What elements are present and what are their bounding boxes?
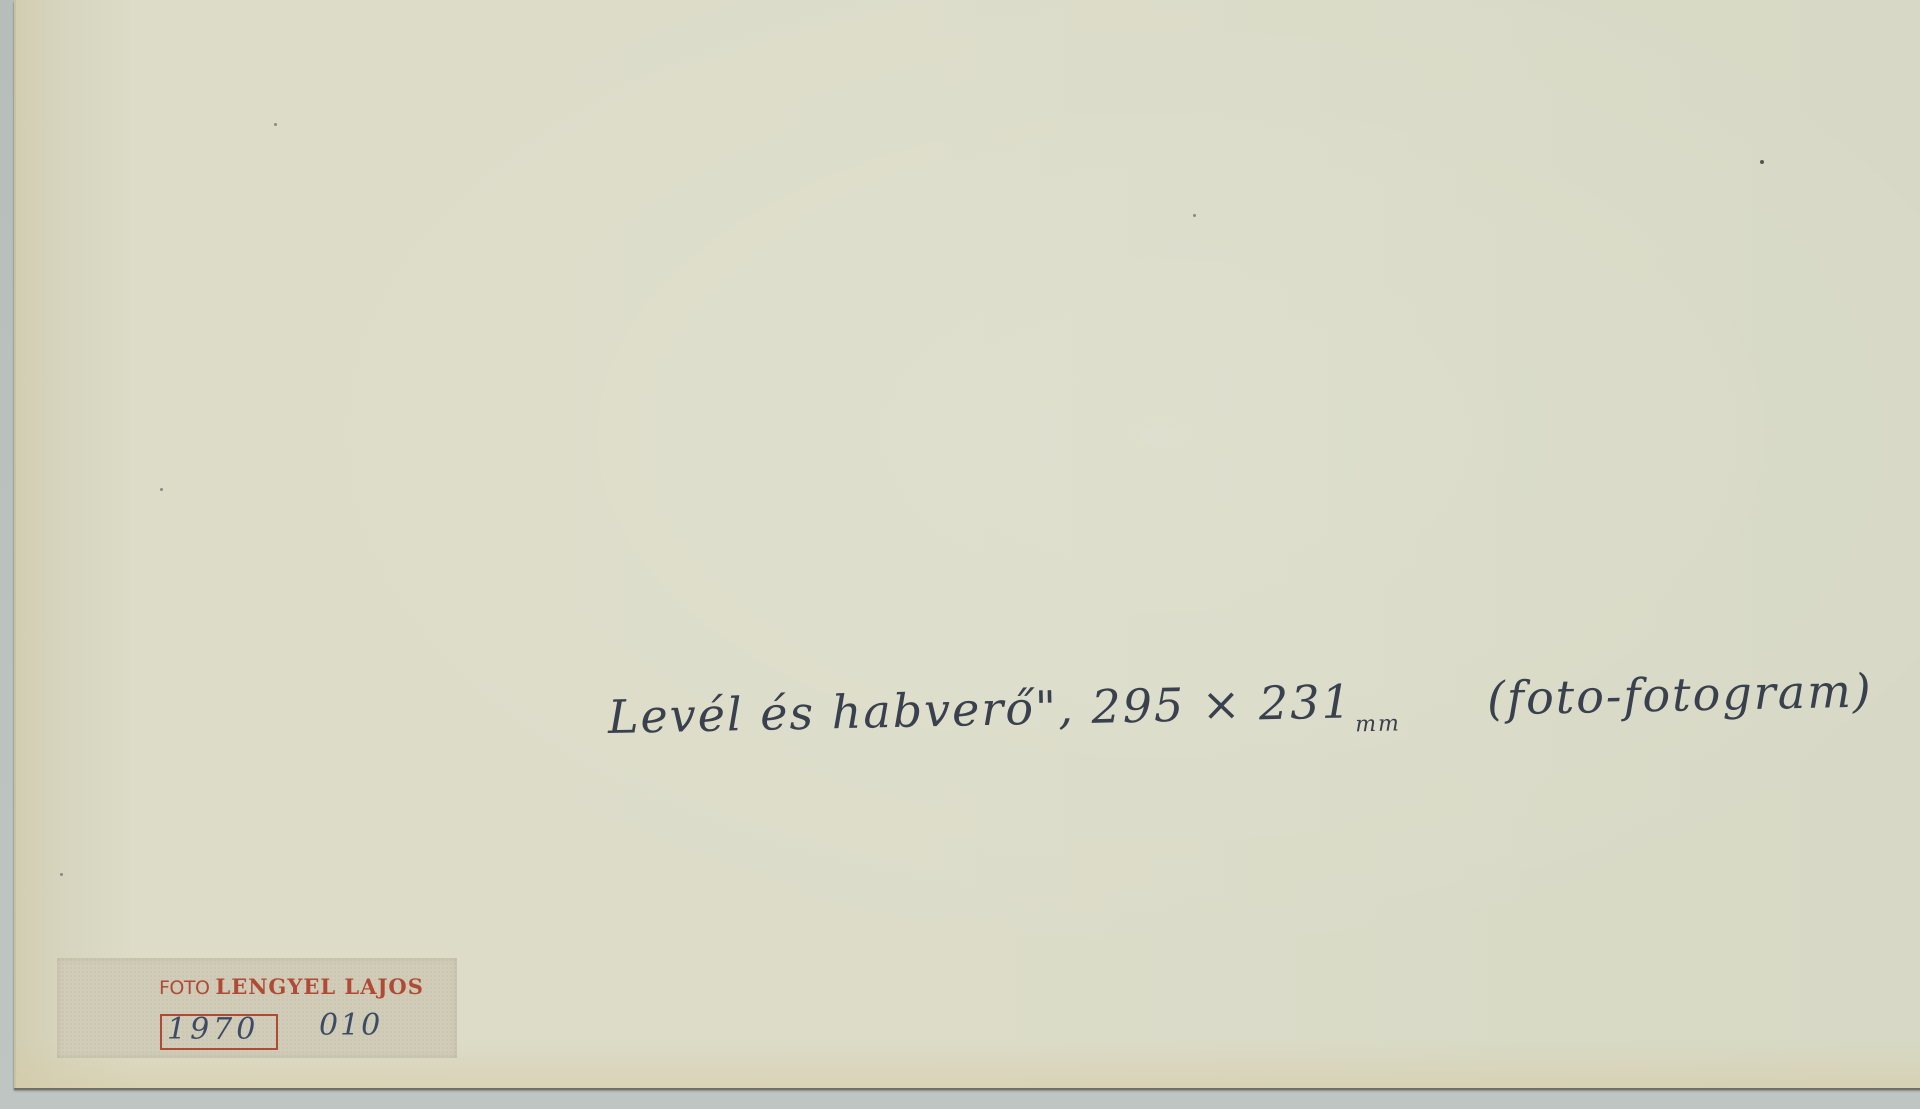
- label-photographer-name: LENGYEL LAJOS: [215, 974, 423, 999]
- paper-speck: [1760, 160, 1764, 164]
- print-back-paper: Levél és habverő", 295 × 231mm (foto-fot…: [14, 0, 1920, 1088]
- inscription-unit: mm: [1355, 711, 1401, 737]
- inscription-title: Levél és habverő",: [607, 680, 1075, 744]
- photographer-label: FOTO LENGYEL LAJOS 1970 010: [57, 958, 457, 1058]
- label-prefix: FOTO: [159, 977, 209, 999]
- inscription-note: (foto-fotogram): [1486, 664, 1873, 726]
- handwritten-inscription: Levél és habverő", 295 × 231mm (foto-fot…: [607, 664, 1873, 753]
- photo-scene: Levél és habverő", 295 × 231mm (foto-fot…: [0, 0, 1920, 1109]
- label-brand: FOTO LENGYEL LAJOS: [159, 974, 424, 999]
- paper-speck: [274, 123, 277, 126]
- paper-speck: [160, 488, 163, 491]
- paper-speck: [60, 873, 63, 876]
- paper-speck: [1193, 214, 1196, 217]
- label-number: 010: [319, 1008, 382, 1043]
- inscription-dimensions: 295 × 231: [1091, 674, 1353, 733]
- label-year: 1970: [167, 1012, 259, 1047]
